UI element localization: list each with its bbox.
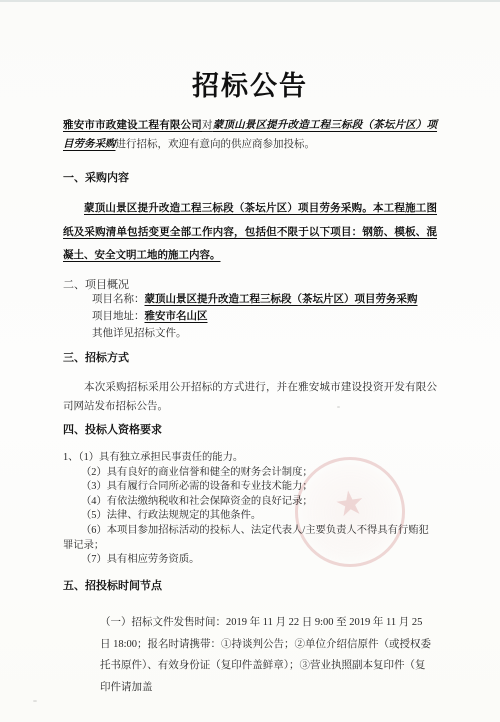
bidding-method-body: 本次采购招标采用公开招标的方式进行，并在雅安城市建设投资开发有限公司网站发布招标…	[63, 379, 437, 416]
list-item: （4）有依法缴纳税收和社会保障资金的良好记录；	[63, 495, 437, 510]
list-item: （6）本项目参加招标活动的投标人、法定代表人/主要负责人不得具有行贿犯罪记录；	[63, 524, 437, 553]
intro-invitation-text: 进行招标，欢迎有意向的供应商参加投标。	[116, 139, 316, 150]
procurement-content-body: 蒙顶山景区提升改造工程三标段（茶坛片区）项目劳务采购。本工程施工图纸及采购清单包…	[63, 197, 437, 268]
project-address-label: 项目地址：	[92, 311, 145, 322]
page-title: 招标公告	[0, 64, 500, 103]
qualification-list: 1、（1）具有独立承担民事责任的能力。 （2）具有良好的商业信誉和健全的财务会计…	[63, 451, 437, 568]
list-item: 1、（1）具有独立承担民事责任的能力。	[63, 451, 437, 466]
project-name-value: 蒙顶山景区提升改造工程三标段（茶坛片区）项目劳务采购	[145, 294, 418, 305]
intro-connector: 对	[202, 120, 213, 131]
scan-noise	[33, 700, 37, 702]
section-heading-schedule: 五、招投标时间节点	[63, 577, 162, 593]
list-item-text: （1）具有独立承担民事责任的能力。	[78, 452, 243, 463]
project-overview-note: 其他详见招标文件。	[63, 326, 437, 343]
list-item: （2）具有良好的商业信誉和健全的财务会计制度；	[63, 466, 437, 481]
section-heading-bidder-qualifications: 四、投标人资格要求	[63, 421, 162, 437]
list-item: （5）法律、行政法规规定的其他条件。	[63, 509, 437, 524]
list-number: 1、	[63, 452, 78, 463]
scanned-document-page: ★ 招标公告 雅安市市政建设工程有限公司对蒙顶山景区提升改造工程三标段（茶坛片区…	[0, 0, 500, 722]
list-item: （7）具有相应劳务资质。	[63, 553, 437, 568]
project-name-label: 项目名称：	[92, 294, 145, 305]
intro-paragraph: 雅安市市政建设工程有限公司对蒙顶山景区提升改造工程三标段（茶坛片区）项目劳务采购…	[63, 116, 437, 154]
scan-top-edge	[0, 0, 500, 2]
project-address-row: 项目地址：雅安市名山区	[63, 309, 437, 326]
project-address-value: 雅安市名山区	[145, 311, 208, 322]
section-heading-project-overview: 二、项目概况	[63, 276, 129, 292]
section-heading-bidding-method: 三、招标方式	[63, 349, 129, 365]
section-heading-procurement-content: 一、采购内容	[63, 169, 129, 185]
project-overview-block: 项目名称：蒙顶山景区提升改造工程三标段（茶坛片区）项目劳务采购 项目地址：雅安市…	[63, 292, 437, 342]
list-item: （3）具有履行合同所必需的设备和专业技术能力；	[63, 480, 437, 495]
intro-company-name: 雅安市市政建设工程有限公司	[63, 120, 202, 131]
schedule-body: （一）招标文件发售时间：2019 年 11 月 22 日 9:00 至 2019…	[100, 612, 434, 698]
project-name-row: 项目名称：蒙顶山景区提升改造工程三标段（茶坛片区）项目劳务采购	[63, 292, 437, 309]
